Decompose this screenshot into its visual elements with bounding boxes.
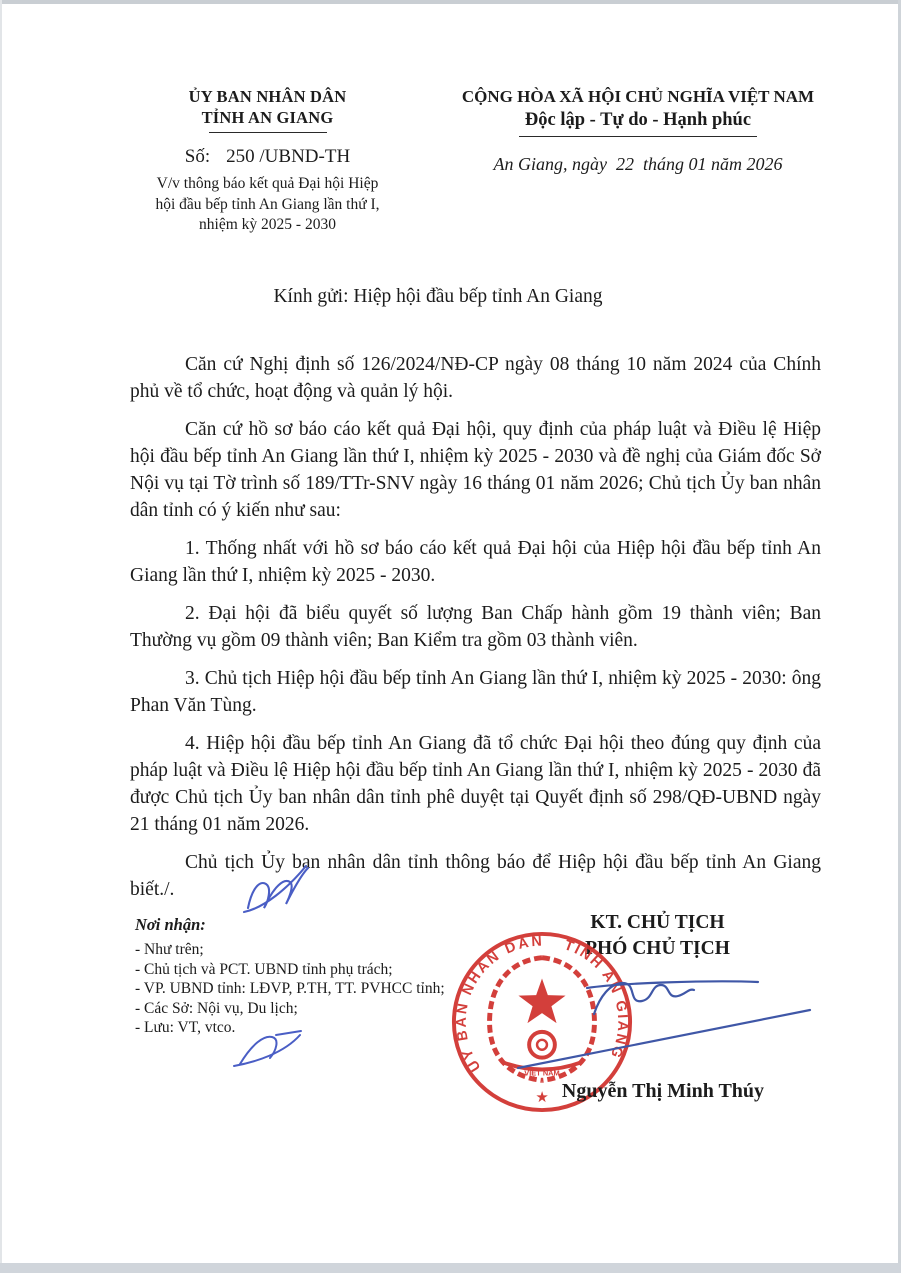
recipients-title: Nơi nhận: bbox=[135, 915, 475, 935]
subject-line-3: nhiệm kỳ 2025 - 2030 bbox=[115, 215, 420, 236]
subject-line-1: V/v thông báo kết quả Đại hội Hiệp bbox=[115, 174, 420, 195]
body-paragraph-6: 4. Hiệp hội đầu bếp tỉnh An Giang đã tổ … bbox=[130, 730, 821, 838]
body-paragraph-5: 3. Chủ tịch Hiệp hội đầu bếp tỉnh An Gia… bbox=[130, 665, 821, 719]
body-paragraph-3: 1. Thống nhất với hồ sơ báo cáo kết quả … bbox=[130, 535, 821, 589]
signature-ink bbox=[490, 950, 862, 1076]
org-name-line2: TỈNH AN GIANG bbox=[115, 107, 420, 128]
recipient-item-3: - VP. UBND tỉnh: LĐVP, P.TH, TT. PVHCC t… bbox=[135, 979, 475, 999]
org-name-line1: ỦY BAN NHÂN DÂN bbox=[115, 86, 420, 107]
document-number: Số:250 /UBND-TH bbox=[115, 146, 420, 168]
org-underline bbox=[209, 132, 327, 133]
salutation: Kính gửi: Hiệp hội đầu bếp tỉnh An Giang bbox=[128, 286, 748, 308]
recipient-item-4: - Các Sở: Nội vụ, Du lịch; bbox=[135, 999, 475, 1019]
place-dateline: An Giang, ngày 22 tháng 01 năm 2026 bbox=[418, 154, 858, 175]
document-number-label: Số: bbox=[185, 146, 210, 167]
signature-strokes bbox=[518, 981, 810, 1068]
recipient-item-1: - Như trên; bbox=[135, 940, 475, 960]
handwritten-initial-clerk bbox=[226, 1022, 308, 1072]
recipient-item-2: - Chủ tịch và PCT. UBND tỉnh phụ trách; bbox=[135, 960, 475, 980]
national-name: CỘNG HÒA XÃ HỘI CHỦ NGHĨA VIỆT NAM bbox=[418, 86, 858, 108]
scan-edge-bottom bbox=[0, 1263, 901, 1273]
body-paragraph-4: 2. Đại hội đã biểu quyết số lượng Ban Ch… bbox=[130, 600, 821, 654]
body-paragraph-7: Chủ tịch Ủy ban nhân dân tỉnh thông báo … bbox=[130, 849, 821, 903]
scan-edge-top bbox=[0, 0, 901, 4]
signer-name: Nguyễn Thị Minh Thúy bbox=[532, 1080, 794, 1103]
subject-line-2: hội đầu bếp tỉnh An Giang lần thứ I, bbox=[115, 195, 420, 216]
body-paragraph-2: Căn cứ hồ sơ báo cáo kết quả Đại hội, qu… bbox=[130, 416, 821, 524]
initial-ink-strokes bbox=[244, 866, 308, 912]
letter-body: Căn cứ Nghị định số 126/2024/NĐ-CP ngày … bbox=[130, 351, 821, 914]
national-motto: Độc lập - Tự do - Hạnh phúc bbox=[418, 108, 858, 133]
official-letter-page: ỦY BAN NHÂN DÂN TỈNH AN GIANG Số:250 /UB… bbox=[0, 0, 901, 1273]
motto-underline bbox=[519, 136, 757, 137]
initial-ink-strokes bbox=[234, 1031, 301, 1066]
document-number-value: 250 /UBND-TH bbox=[226, 146, 350, 167]
document-subject: V/v thông báo kết quả Đại hội Hiệp hội đ… bbox=[115, 174, 420, 236]
scan-edge-left bbox=[0, 0, 2, 1273]
recipients-block: Nơi nhận: - Như trên; - Chủ tịch và PCT.… bbox=[135, 915, 475, 1038]
body-paragraph-1: Căn cứ Nghị định số 126/2024/NĐ-CP ngày … bbox=[130, 351, 821, 405]
header-issuing-org: ỦY BAN NHÂN DÂN TỈNH AN GIANG Số:250 /UB… bbox=[115, 86, 420, 236]
handwritten-initial-closing bbox=[240, 858, 312, 916]
header-national-motto: CỘNG HÒA XÃ HỘI CHỦ NGHĨA VIỆT NAM Độc l… bbox=[418, 86, 858, 175]
